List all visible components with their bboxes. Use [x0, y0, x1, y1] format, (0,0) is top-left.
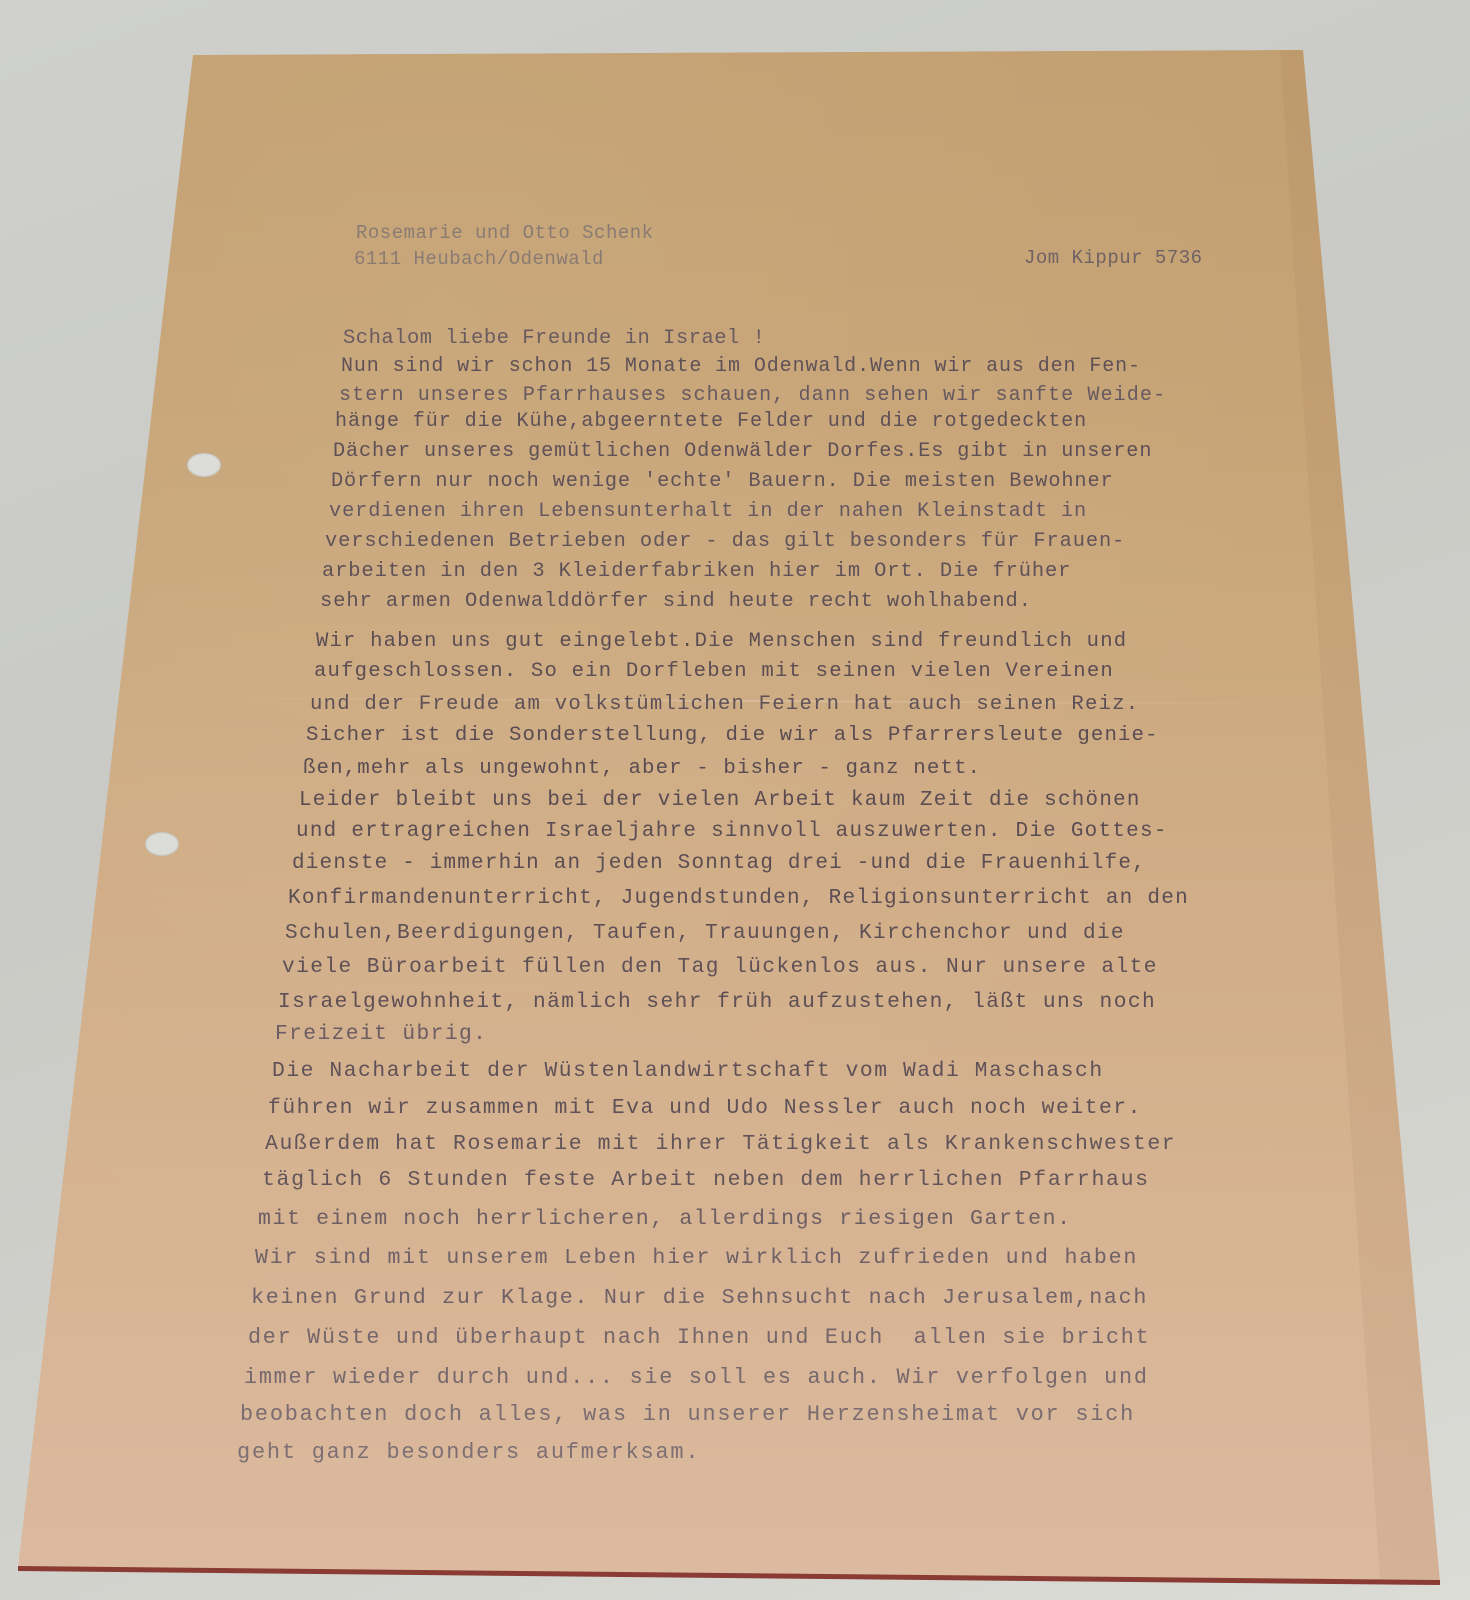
letter-line: Die Nacharbeit der Wüstenlandwirtschaft … [272, 1059, 1104, 1083]
letter-line: Nun sind wir schon 15 Monate im Odenwald… [341, 355, 1141, 378]
letter-line: der Wüste und überhaupt nach Ihnen und E… [248, 1325, 1150, 1350]
letter-line: führen wir zusammen mit Eva und Udo Ness… [268, 1096, 1142, 1120]
letter-line: Wir sind mit unserem Leben hier wirklich… [255, 1246, 1138, 1270]
letter-line: Schulen,Beerdigungen, Taufen, Trauungen,… [285, 921, 1125, 945]
letter-line: Leider bleibt uns bei der vielen Arbeit … [299, 789, 1141, 812]
letter-line: Wir haben uns gut eingelebt.Die Menschen… [316, 630, 1127, 653]
letter-line: verschiedenen Betrieben oder - das gilt … [325, 530, 1125, 553]
salutation: Schalom liebe Freunde in Israel ! [343, 327, 765, 350]
letter-line: keinen Grund zur Klage. Nur die Sehnsuch… [251, 1285, 1148, 1310]
letter-line: Dörfern nur noch wenige 'echte' Bauern. … [331, 470, 1114, 493]
letter-line: und ertragreichen Israeljahre sinnvoll a… [296, 820, 1168, 843]
letter-line: täglich 6 Stunden feste Arbeit neben dem… [262, 1168, 1150, 1192]
letter-line: geht ganz besonders aufmerksam. [237, 1440, 700, 1465]
punch-hole-bottom [145, 832, 179, 856]
letter-line: stern unseres Pfarrhauses schauen, dann … [339, 384, 1166, 407]
letter-line: Dächer unseres gemütlichen Odenwälder Do… [333, 440, 1152, 463]
punch-hole-top [187, 453, 221, 477]
letter-line: arbeiten in den 3 Kleiderfabriken hier i… [322, 560, 1071, 583]
letter-line: hänge für die Kühe,abgeerntete Felder un… [335, 410, 1087, 433]
letter-line: und der Freude am volkstümlichen Feiern … [310, 693, 1139, 716]
letter-line: Außerdem hat Rosemarie mit ihrer Tätigke… [265, 1132, 1176, 1156]
letter-line: Freizeit übrig. [275, 1022, 487, 1046]
letter-line: beobachten doch alles, was in unserer He… [240, 1402, 1135, 1427]
letter-line: viele Büroarbeit füllen den Tag lückenlo… [282, 955, 1158, 979]
letter-line: sehr armen Odenwalddörfer sind heute rec… [320, 590, 1032, 613]
letter-date: Jom Kippur 5736 [1024, 247, 1203, 269]
letter-line: dienste - immerhin an jeden Sonntag drei… [292, 852, 1146, 875]
letter-line: Sicher ist die Sonderstellung, die wir a… [306, 724, 1159, 747]
sender-name: Rosemarie und Otto Schenk [356, 222, 654, 244]
letter-line: mit einem noch herrlicheren, allerdings … [258, 1207, 1072, 1231]
letter-line: Israelgewohnheit, nämlich sehr früh aufz… [278, 990, 1156, 1014]
letter-line: Konfirmandenunterricht, Jugendstunden, R… [288, 887, 1189, 910]
letter-line: aufgeschlossen. So ein Dorfleben mit sei… [314, 660, 1114, 683]
letter-line: ßen,mehr als ungewohnt, aber - bisher - … [303, 757, 981, 780]
sender-address: 6111 Heubach/Odenwald [354, 248, 604, 270]
letter-line: verdienen ihren Lebensunterhalt in der n… [329, 500, 1087, 523]
letter-line: immer wieder durch und... sie soll es au… [244, 1365, 1149, 1390]
